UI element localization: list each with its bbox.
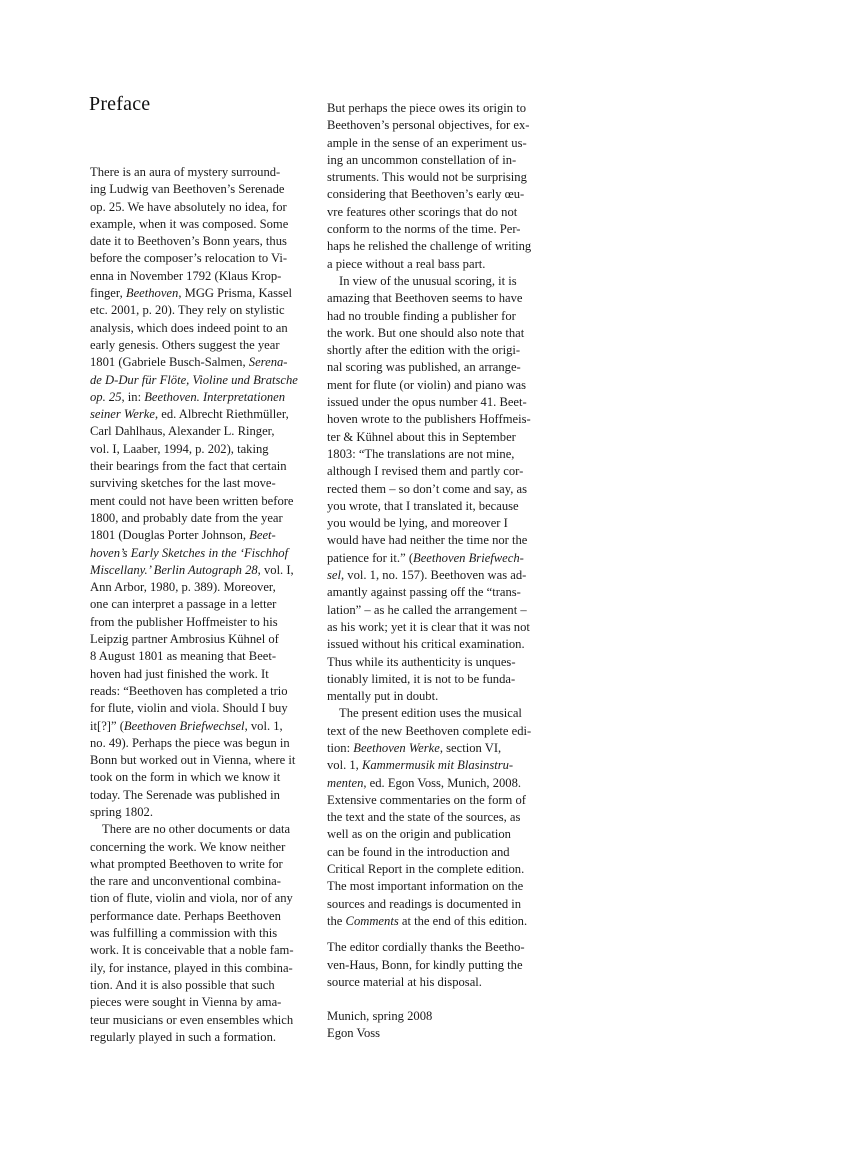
text-run: hoven wrote to the publishers Hoffmeis-	[327, 412, 531, 426]
text-run: patience for it.” (	[327, 551, 413, 565]
italic-text: Beethoven Werke	[353, 741, 440, 755]
text-run: their bearings from the fact that certai…	[90, 459, 287, 473]
text-run: as his work; yet it is clear that it was…	[327, 620, 530, 634]
text-line: ily, for instance, played in this combin…	[90, 960, 305, 977]
text-line: Ann Arbor, 1980, p. 389). Moreover,	[90, 579, 305, 596]
text-run: But perhaps the piece owes its origin to	[327, 101, 526, 115]
italic-text: Comments	[346, 914, 399, 928]
text-run: 1801 (Douglas Porter Johnson,	[90, 528, 249, 542]
text-line: you wrote, that I translated it, because	[327, 498, 547, 515]
text-run: ing Ludwig van Beethoven’s Serenade	[90, 182, 284, 196]
signature-place-date: Munich, spring 2008	[327, 1008, 547, 1025]
text-line: their bearings from the fact that certai…	[90, 458, 305, 475]
text-line: Carl Dahlhaus, Alexander L. Ringer,	[90, 423, 305, 440]
text-line: In view of the unusual scoring, it is	[327, 273, 547, 290]
text-run: pieces were sought in Vienna by ama-	[90, 995, 281, 1009]
text-line: Leipzig partner Ambrosius Kühnel of	[90, 631, 305, 648]
italic-text: Beethoven Briefwech-	[413, 551, 524, 565]
italic-text: op. 25	[90, 390, 121, 404]
italic-text: Beethoven. Interpretationen	[144, 390, 285, 404]
text-run: , vol. I,	[258, 563, 294, 577]
text-run: at the end of this edition.	[399, 914, 527, 928]
text-run: The most important information on the	[327, 879, 523, 893]
text-line: finger, Beethoven, MGG Prisma, Kassel	[90, 285, 305, 302]
text-run: op. 25. We have absolutely no idea, for	[90, 200, 287, 214]
text-line: although I revised them and partly cor-	[327, 463, 547, 480]
text-line: etc. 2001, p. 20). They rely on stylisti…	[90, 302, 305, 319]
text-run: enna in November 1792 (Klaus Krop-	[90, 269, 281, 283]
text-run: 1801 (Gabriele Busch-Salmen,	[90, 355, 249, 369]
text-run: considering that Beethoven’s early œu-	[327, 187, 524, 201]
text-line: Extensive commentaries on the form of	[327, 792, 547, 809]
text-run: took on the form in which we know it	[90, 770, 280, 784]
text-line: struments. This would not be surprising	[327, 169, 547, 186]
text-line: 1801 (Douglas Porter Johnson, Beet-	[90, 527, 305, 544]
text-line: you would be lying, and moreover I	[327, 515, 547, 532]
text-run: rected them – so don’t come and say, as	[327, 482, 527, 496]
text-run: text of the new Beethoven complete edi-	[327, 724, 531, 738]
text-line: source material at his disposal.	[327, 974, 547, 991]
text-line: tionably limited, it is not to be funda-	[327, 671, 547, 688]
text-run: no. 49). Perhaps the piece was begun in	[90, 736, 290, 750]
text-line: the rare and unconventional combina-	[90, 873, 305, 890]
text-line: op. 25, in: Beethoven. Interpretationen	[90, 389, 305, 406]
text-run: There is an aura of mystery surround-	[90, 165, 280, 179]
text-run: tion:	[327, 741, 353, 755]
signature-author: Egon Voss	[327, 1025, 547, 1042]
text-line: today. The Serenade was published in	[90, 787, 305, 804]
text-line: menten, ed. Egon Voss, Munich, 2008.	[327, 775, 547, 792]
text-line: There is an aura of mystery surround-	[90, 164, 305, 181]
italic-text: menten	[327, 776, 363, 790]
text-run: hoven had just finished the work. It	[90, 667, 269, 681]
text-run: tionably limited, it is not to be funda-	[327, 672, 515, 686]
text-line: a piece without a real bass part.	[327, 256, 547, 273]
text-line: can be found in the introduction and	[327, 844, 547, 861]
text-line: issued under the opus number 41. Beet-	[327, 394, 547, 411]
text-run: , ed. Egon Voss, Munich, 2008.	[363, 776, 521, 790]
text-line: amazing that Beethoven seems to have	[327, 290, 547, 307]
text-line: early genesis. Others suggest the year	[90, 337, 305, 354]
text-line: hoven wrote to the publishers Hoffmeis-	[327, 411, 547, 428]
text-line: sources and readings is documented in	[327, 896, 547, 913]
text-line: ment for flute (or violin) and piano was	[327, 377, 547, 394]
text-line: well as on the origin and publication	[327, 826, 547, 843]
main-paragraphs: But perhaps the piece owes its origin to…	[327, 100, 547, 930]
text-line: Thus while its authenticity is unques-	[327, 654, 547, 671]
text-line: pieces were sought in Vienna by ama-	[90, 994, 305, 1011]
text-line: ven-Haus, Bonn, for kindly putting the	[327, 957, 547, 974]
text-line: the text and the state of the sources, a…	[327, 809, 547, 826]
text-line: before the composer’s relocation to Vi-	[90, 250, 305, 267]
text-line: work. It is conceivable that a noble fam…	[90, 942, 305, 959]
right-column-text: But perhaps the piece owes its origin to…	[327, 100, 547, 1043]
text-line: 1803: “The translations are not mine,	[327, 446, 547, 463]
text-line: The present edition uses the musical	[327, 705, 547, 722]
text-run: Thus while its authenticity is unques-	[327, 655, 516, 669]
text-line: the work. But one should also note that	[327, 325, 547, 342]
text-line: ing Ludwig van Beethoven’s Serenade	[90, 181, 305, 198]
text-run: Critical Report in the complete edition.	[327, 862, 524, 876]
text-run: In view of the unusual scoring, it is	[339, 274, 517, 288]
text-run: the rare and unconventional combina-	[90, 874, 281, 888]
text-line: what prompted Beethoven to write for	[90, 856, 305, 873]
italic-text: Beethoven	[126, 286, 178, 300]
text-line: amantly against passing off the “trans-	[327, 584, 547, 601]
italic-text: Miscellany.’ Berlin Autograph 28	[90, 563, 258, 577]
text-line: was fulfilling a commission with this	[90, 925, 305, 942]
left-column-text: There is an aura of mystery surround-ing…	[90, 164, 305, 1046]
text-line: ment could not have been written before	[90, 493, 305, 510]
text-run: a piece without a real bass part.	[327, 257, 485, 271]
text-line: 1801 (Gabriele Busch-Salmen, Serena-	[90, 354, 305, 371]
italic-text: seiner Werke	[90, 407, 155, 421]
text-run: , in:	[121, 390, 144, 404]
text-run: etc. 2001, p. 20). They rely on stylisti…	[90, 303, 285, 317]
acknowledgement-paragraph: The editor cordially thanks the Beetho- …	[327, 939, 547, 991]
text-run: surviving sketches for the last move-	[90, 476, 276, 490]
text-line: de D-Dur für Flöte, Violine und Bratsche	[90, 372, 305, 389]
text-line: 1800, and probably date from the year	[90, 510, 305, 527]
text-line: ing an uncommon constellation of in-	[327, 152, 547, 169]
text-run: , MGG Prisma, Kassel	[178, 286, 292, 300]
text-run: haps he relished the challenge of writin…	[327, 239, 531, 253]
italic-text: Beethoven Briefwechsel	[124, 719, 245, 733]
text-run: it[?]” (	[90, 719, 124, 733]
text-run: regularly played in such a formation.	[90, 1030, 276, 1044]
text-run: , section VI,	[440, 741, 501, 755]
text-run: tion. And it is also possible that such	[90, 978, 275, 992]
text-run: 1800, and probably date from the year	[90, 511, 283, 525]
text-line: date it to Beethoven’s Bonn years, thus	[90, 233, 305, 250]
text-run: can be found in the introduction and	[327, 845, 510, 859]
text-run: There are no other documents or data	[102, 822, 290, 836]
text-run: early genesis. Others suggest the year	[90, 338, 280, 352]
text-line: it[?]” (Beethoven Briefwechsel, vol. 1,	[90, 718, 305, 735]
text-run: what prompted Beethoven to write for	[90, 857, 283, 871]
text-line: considering that Beethoven’s early œu-	[327, 186, 547, 203]
text-run: Beethoven’s personal objectives, for ex-	[327, 118, 529, 132]
text-line: regularly played in such a formation.	[90, 1029, 305, 1046]
text-line: There are no other documents or data	[90, 821, 305, 838]
italic-text: sel	[327, 568, 341, 582]
italic-text: hoven’s Early Sketches in the ‘Fischhof	[90, 546, 288, 560]
text-run: vol. 1,	[327, 758, 362, 772]
text-line: mentally put in doubt.	[327, 688, 547, 705]
text-line: hoven had just finished the work. It	[90, 666, 305, 683]
text-line: shortly after the edition with the origi…	[327, 342, 547, 359]
text-line: rected them – so don’t come and say, as	[327, 481, 547, 498]
text-line: had no trouble finding a publisher for	[327, 308, 547, 325]
text-run: well as on the origin and publication	[327, 827, 511, 841]
text-run: you would be lying, and moreover I	[327, 516, 508, 530]
text-line: tion. And it is also possible that such	[90, 977, 305, 994]
text-run: today. The Serenade was published in	[90, 788, 280, 802]
text-run: work. It is conceivable that a noble fam…	[90, 943, 294, 957]
text-line: The most important information on the	[327, 878, 547, 895]
text-run: Bonn but worked out in Vienna, where it	[90, 753, 295, 767]
text-line: reads: “Beethoven has completed a trio	[90, 683, 305, 700]
text-run: would have had neither the time nor the	[327, 533, 527, 547]
text-run: had no trouble finding a publisher for	[327, 309, 516, 323]
text-line: hoven’s Early Sketches in the ‘Fischhof	[90, 545, 305, 562]
text-run: the text and the state of the sources, a…	[327, 810, 520, 824]
text-line: nal scoring was published, an arrange-	[327, 359, 547, 376]
text-line: vol. 1, Kammermusik mit Blasinstru-	[327, 757, 547, 774]
text-run: amantly against passing off the “trans-	[327, 585, 521, 599]
text-line: surviving sketches for the last move-	[90, 475, 305, 492]
text-run: , vol. 1,	[245, 719, 283, 733]
text-line: haps he relished the challenge of writin…	[327, 238, 547, 255]
text-line: as his work; yet it is clear that it was…	[327, 619, 547, 636]
text-run: ment could not have been written before	[90, 494, 294, 508]
text-run: spring 1802.	[90, 805, 153, 819]
text-line: text of the new Beethoven complete edi-	[327, 723, 547, 740]
text-run: 8 August 1801 as meaning that Beet-	[90, 649, 276, 663]
text-run: although I revised them and partly cor-	[327, 464, 523, 478]
text-line: ter & Kühnel about this in September	[327, 429, 547, 446]
text-run: performance date. Perhaps Beethoven	[90, 909, 281, 923]
text-line: took on the form in which we know it	[90, 769, 305, 786]
text-line: no. 49). Perhaps the piece was begun in	[90, 735, 305, 752]
text-run: ing an uncommon constellation of in-	[327, 153, 516, 167]
text-run: you wrote, that I translated it, because	[327, 499, 519, 513]
text-line: Beethoven’s personal objectives, for ex-	[327, 117, 547, 134]
text-run: sources and readings is documented in	[327, 897, 521, 911]
text-run: date it to Beethoven’s Bonn years, thus	[90, 234, 287, 248]
text-run: nal scoring was published, an arrange-	[327, 360, 521, 374]
text-line: conform to the norms of the time. Per-	[327, 221, 547, 238]
text-line: Critical Report in the complete edition.	[327, 861, 547, 878]
text-run: issued without his critical examination.	[327, 637, 525, 651]
text-line: vol. I, Laaber, 1994, p. 202), taking	[90, 441, 305, 458]
text-line: patience for it.” (Beethoven Briefwech-	[327, 550, 547, 567]
text-line: one can interpret a passage in a letter	[90, 596, 305, 613]
text-line: Miscellany.’ Berlin Autograph 28, vol. I…	[90, 562, 305, 579]
text-line: Bonn but worked out in Vienna, where it	[90, 752, 305, 769]
text-line: spring 1802.	[90, 804, 305, 821]
text-line: lation” – as he called the arrangement –	[327, 602, 547, 619]
text-line: analysis, which does indeed point to an	[90, 320, 305, 337]
text-line: from the publisher Hoffmeister to his	[90, 614, 305, 631]
text-line: for flute, violin and viola. Should I bu…	[90, 700, 305, 717]
text-line: 8 August 1801 as meaning that Beet-	[90, 648, 305, 665]
text-line: teur musicians or even ensembles which	[90, 1012, 305, 1029]
text-line: vre features other scorings that do not	[327, 204, 547, 221]
text-run: struments. This would not be surprising	[327, 170, 527, 184]
text-run: Ann Arbor, 1980, p. 389). Moreover,	[90, 580, 276, 594]
italic-text: Kammermusik mit Blasinstru-	[362, 758, 513, 772]
text-run: ily, for instance, played in this combin…	[90, 961, 293, 975]
text-run: shortly after the edition with the origi…	[327, 343, 520, 357]
text-run: , vol. 1, no. 157). Beethoven was ad-	[341, 568, 526, 582]
text-line: The editor cordially thanks the Beetho-	[327, 939, 547, 956]
text-line: tion: Beethoven Werke, section VI,	[327, 740, 547, 757]
text-line: tion of flute, violin and viola, nor of …	[90, 890, 305, 907]
text-run: vol. I, Laaber, 1994, p. 202), taking	[90, 442, 269, 456]
text-run: finger,	[90, 286, 126, 300]
text-line: enna in November 1792 (Klaus Krop-	[90, 268, 305, 285]
text-run: vre features other scorings that do not	[327, 205, 517, 219]
italic-text: Serena-	[249, 355, 288, 369]
text-run: before the composer’s relocation to Vi-	[90, 251, 287, 265]
text-run: conform to the norms of the time. Per-	[327, 222, 521, 236]
text-line: seiner Werke, ed. Albrecht Riethmüller,	[90, 406, 305, 423]
text-run: reads: “Beethoven has completed a trio	[90, 684, 288, 698]
text-run: analysis, which does indeed point to an	[90, 321, 288, 335]
text-line: op. 25. We have absolutely no idea, for	[90, 199, 305, 216]
text-run: mentally put in doubt.	[327, 689, 438, 703]
text-run: issued under the opus number 41. Beet-	[327, 395, 527, 409]
italic-text: Beet-	[249, 528, 276, 542]
text-run: Extensive commentaries on the form of	[327, 793, 526, 807]
text-line: would have had neither the time nor the	[327, 532, 547, 549]
text-run: was fulfilling a commission with this	[90, 926, 277, 940]
text-run: teur musicians or even ensembles which	[90, 1013, 293, 1027]
text-line: issued without his critical examination.	[327, 636, 547, 653]
text-run: amazing that Beethoven seems to have	[327, 291, 523, 305]
text-run: ample in the sense of an experiment us-	[327, 136, 527, 150]
text-run: concerning the work. We know neither	[90, 840, 285, 854]
text-run: Carl Dahlhaus, Alexander L. Ringer,	[90, 424, 275, 438]
text-run: the	[327, 914, 346, 928]
text-line: ample in the sense of an experiment us-	[327, 135, 547, 152]
text-run: one can interpret a passage in a letter	[90, 597, 276, 611]
text-run: lation” – as he called the arrangement –	[327, 603, 527, 617]
text-run: The present edition uses the musical	[339, 706, 522, 720]
text-line: sel, vol. 1, no. 157). Beethoven was ad-	[327, 567, 547, 584]
text-line: the Comments at the end of this edition.	[327, 913, 547, 930]
text-run: ment for flute (or violin) and piano was	[327, 378, 526, 392]
text-run: ter & Kühnel about this in September	[327, 430, 516, 444]
text-run: example, when it was composed. Some	[90, 217, 288, 231]
text-run: from the publisher Hoffmeister to his	[90, 615, 278, 629]
text-line: performance date. Perhaps Beethoven	[90, 908, 305, 925]
text-run: , ed. Albrecht Riethmüller,	[155, 407, 289, 421]
text-run: Leipzig partner Ambrosius Kühnel of	[90, 632, 279, 646]
signature-block: Munich, spring 2008 Egon Voss	[327, 1008, 547, 1043]
page-title: Preface	[89, 93, 150, 116]
text-run: for flute, violin and viola. Should I bu…	[90, 701, 288, 715]
text-run: the work. But one should also note that	[327, 326, 524, 340]
text-line: But perhaps the piece owes its origin to	[327, 100, 547, 117]
text-line: example, when it was composed. Some	[90, 216, 305, 233]
text-run: tion of flute, violin and viola, nor of …	[90, 891, 293, 905]
italic-text: de D-Dur für Flöte, Violine und Bratsche	[90, 373, 298, 387]
text-run: 1803: “The translations are not mine,	[327, 447, 514, 461]
text-line: concerning the work. We know neither	[90, 839, 305, 856]
